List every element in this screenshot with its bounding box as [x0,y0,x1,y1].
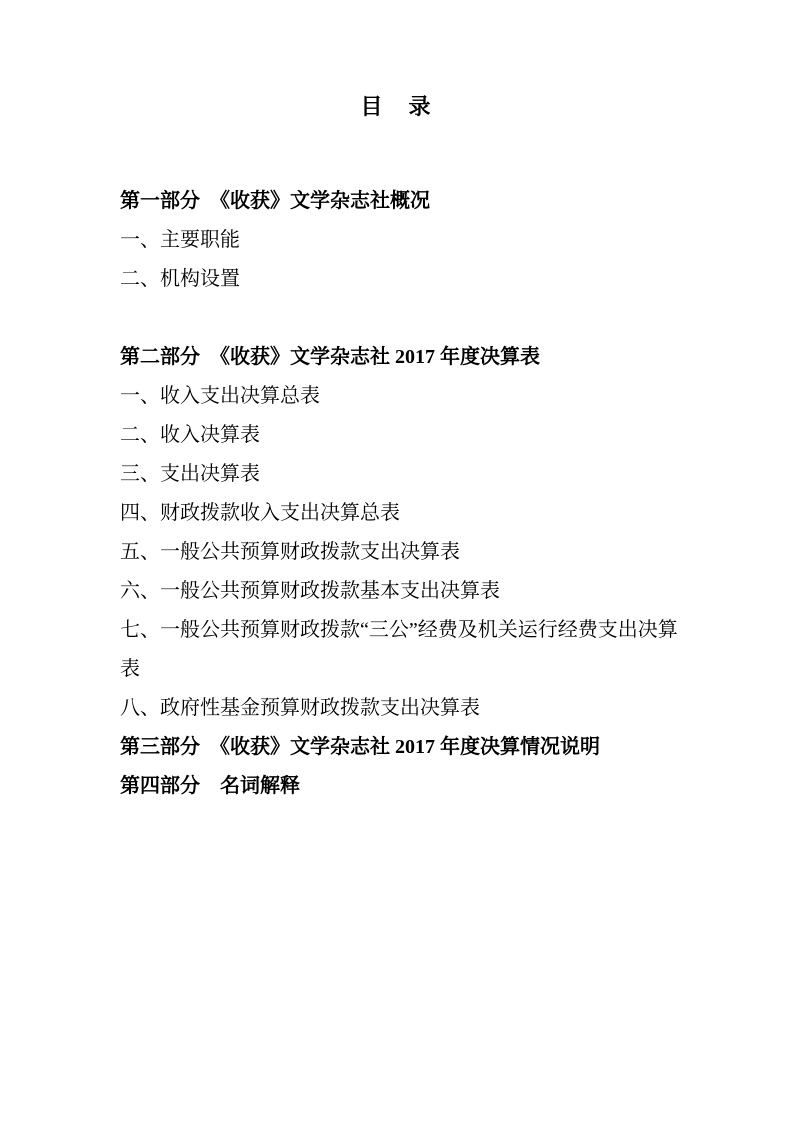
toc-section-2-heading: 第二部分 《收获》文学杂志社 2017 年度决算表 [120,338,681,377]
document-page: 目 录 第一部分 《收获》文学杂志社概况 一、主要职能 二、机构设置 第二部分 … [0,0,793,1122]
toc-item-2-4: 四、财政拨款收入支出决算总表 [120,494,681,533]
blank-line [120,299,681,338]
toc-item-2-3: 三、支出决算表 [120,455,681,494]
toc-item-2-1: 一、收入支出决算总表 [120,377,681,416]
toc-item-1-2: 二、机构设置 [120,260,681,299]
toc-section-4-heading: 第四部分 名词解释 [120,767,681,806]
toc-section-1-heading: 第一部分 《收获》文学杂志社概况 [120,182,681,221]
toc-item-2-2: 二、收入决算表 [120,416,681,455]
toc-item-2-5: 五、一般公共预算财政拨款支出决算表 [120,533,681,572]
toc-item-2-8: 八、政府性基金预算财政拨款支出决算表 [120,689,681,728]
table-of-contents: 第一部分 《收获》文学杂志社概况 一、主要职能 二、机构设置 第二部分 《收获》… [120,182,681,806]
page-title: 目 录 [0,0,793,129]
toc-item-2-6: 六、一般公共预算财政拨款基本支出决算表 [120,572,681,611]
toc-item-1-1: 一、主要职能 [120,221,681,260]
toc-item-2-7: 七、一般公共预算财政拨款“三公”经费及机关运行经费支出决算表 [120,611,681,689]
toc-section-3-heading: 第三部分 《收获》文学杂志社 2017 年度决算情况说明 [120,728,681,767]
